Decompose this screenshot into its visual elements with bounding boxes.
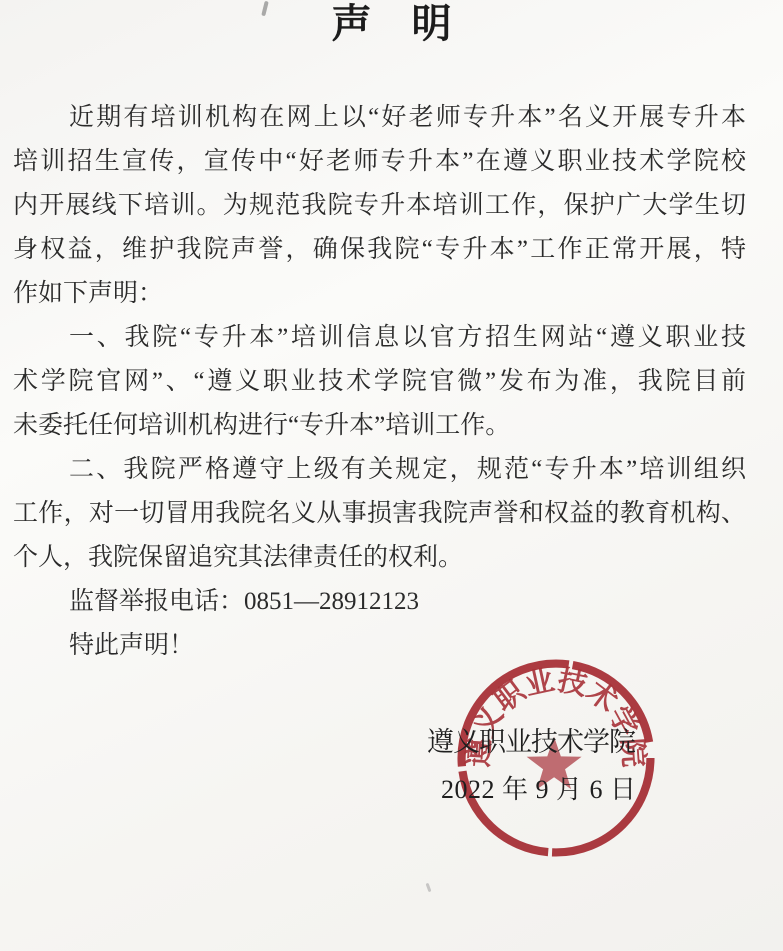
scan-artifact [426,883,432,892]
document-title: 声 明 [0,0,783,48]
document-line: 工作，对一切冒用我院名义从事损害我院声誉和权益的教育机构、 [13,492,746,536]
document-line: 未委托任何培训机构进行“专升本”培训工作。 [13,404,746,448]
document-line: 术学院官网”、“遵义职业技术学院官微”发布为准，我院目前 [13,360,746,404]
document-line: 作如下声明： [13,272,746,316]
signature-organization: 遵义职业技术学院 [427,720,635,759]
document-line: 一、我院“专升本”培训信息以官方招生网站“遵义职业技 [13,316,746,360]
signature-date: 2022 年 9 月 6 日 [441,769,637,806]
document-body: 近期有培训机构在网上以“好老师专升本”名义开展专升本 培训招生宣传，宣传中“好老… [13,96,746,668]
document-line: 个人，我院保留追究其法律责任的权利。 [13,536,746,580]
document-line: 近期有培训机构在网上以“好老师专升本”名义开展专升本 [13,96,746,140]
document-line: 二、我院严格遵守上级有关规定，规范“专升本”培训组织 [13,448,746,492]
document-line hotline-number: 监督举报电话：0851—28912123 [13,580,746,624]
document-line: 培训招生宣传，宣传中“好老师专升本”在遵义职业技术学院校 [13,140,746,184]
document-line: 身权益，维护我院声誉，确保我院“专升本”工作正常开展，特 [13,228,746,272]
statement-document: 声 明 近期有培训机构在网上以“好老师专升本”名义开展专升本 培训招生宣传，宣传… [0,0,783,951]
document-line: 内开展线下培训。为规范我院专升本培训工作，保护广大学生切 [13,184,746,228]
